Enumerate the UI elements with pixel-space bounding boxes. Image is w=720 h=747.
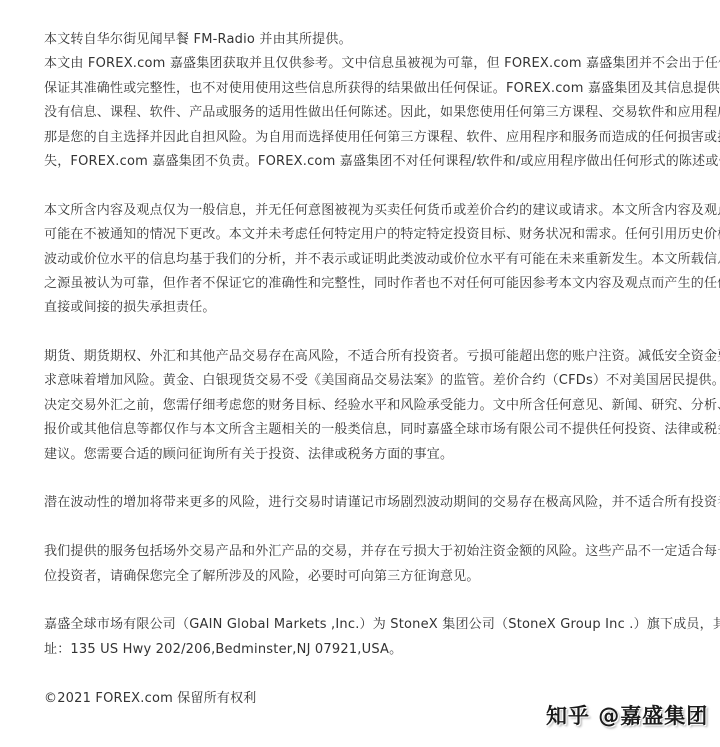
text-line: 失，FOREX.com 嘉盛集团不负责。FOREX.com 嘉盛集团不对任何课程… xyxy=(44,150,694,174)
paragraph-gap xyxy=(44,321,694,345)
text-line: 我们提供的服务包括场外交易产品和外汇产品的交易，并存在亏损大于初始注资金额的风险… xyxy=(44,540,694,564)
text-line: 保证其准确性或完整性，也不对使用使用这些信息所获得的结果做出任何保证。FOREX… xyxy=(44,77,694,101)
paragraph-services: 我们提供的服务包括场外交易产品和外汇产品的交易，并存在亏损大于初始注资金额的风险… xyxy=(44,540,694,589)
paragraph-company-address: 嘉盛全球市场有限公司（GAIN Global Markets ,Inc.）为 S… xyxy=(44,613,694,662)
text-line: 直接或间接的损失承担责任。 xyxy=(44,296,694,320)
paragraph-gap xyxy=(44,516,694,540)
text-line: 决定交易外汇之前，您需仔细考虑您的财务目标、经验水平和风险承受能力。文中所含任何… xyxy=(44,394,694,418)
paragraph-gap xyxy=(44,467,694,491)
paragraph-gap xyxy=(44,662,694,686)
text-line: 本文由 FOREX.com 嘉盛集团获取并且仅供参考。文中信息虽被视为可靠，但 … xyxy=(44,52,694,76)
disclaimer-document: 本文转自华尔街见闻早餐 FM-Radio 并由其所提供。 本文由 FOREX.c… xyxy=(44,28,694,711)
paragraph-disclaimer-reference: 本文由 FOREX.com 嘉盛集团获取并且仅供参考。文中信息虽被视为可靠，但 … xyxy=(44,52,694,174)
source-note: 本文转自华尔街见闻早餐 FM-Radio 并由其所提供。 xyxy=(44,28,694,52)
text-line: 可能在不被通知的情况下更改。本文并未考虑任何特定用户的特定特定投资目标、财务状况… xyxy=(44,223,694,247)
text-line: 位投资者，请确保您完全了解所涉及的风险，必要时可向第三方征询意见。 xyxy=(44,565,694,589)
text-line: 那是您的自主选择并因此自担风险。为自用而选择使用任何第三方课程、软件、应用程序和… xyxy=(44,126,694,150)
paragraph-risk-warning: 期货、期货期权、外汇和其他产品交易存在高风险，不适合所有投资者。亏损可能超出您的… xyxy=(44,345,694,467)
zhihu-watermark: 知乎 @嘉盛集团 xyxy=(546,700,708,730)
text-line: 波动或价位水平的信息均基于我们的分析，并不表示或证明此类波动或价位水平有可能在未… xyxy=(44,248,694,272)
text-line: 报价或其他信息等都仅作与本文所含主题相关的一般类信息，同时嘉盛全球市场有限公司不… xyxy=(44,418,694,442)
text-line: 求意味着增加风险。黄金、白银现货交易不受《美国商品交易法案》的监管。差价合约（C… xyxy=(44,369,694,393)
paragraph-general-information: 本文所含内容及观点仅为一般信息，并无任何意图被视为买卖任何货币或差价合约的建议或… xyxy=(44,199,694,321)
text-line: 期货、期货期权、外汇和其他产品交易存在高风险，不适合所有投资者。亏损可能超出您的… xyxy=(44,345,694,369)
paragraph-gap xyxy=(44,589,694,613)
text-line: 没有信息、课程、软件、产品或服务的适用性做出任何陈述。因此，如果您使用任何第三方… xyxy=(44,101,694,125)
text-line: 嘉盛全球市场有限公司（GAIN Global Markets ,Inc.）为 S… xyxy=(44,613,694,637)
paragraph-volatility: 潜在波动性的增加将带来更多的风险，进行交易时请谨记市场剧烈波动期间的交易存在极高… xyxy=(44,491,694,515)
text-line: 本文所含内容及观点仅为一般信息，并无任何意图被视为买卖任何货币或差价合约的建议或… xyxy=(44,199,694,223)
text-line: 址：135 US Hwy 202/206,Bedminster,NJ 07921… xyxy=(44,638,694,662)
text-line: 建议。您需要合适的顾问征询所有关于投资、法律或税务方面的事宜。 xyxy=(44,443,694,467)
paragraph-gap xyxy=(44,174,694,198)
text-line: 潜在波动性的增加将带来更多的风险，进行交易时请谨记市场剧烈波动期间的交易存在极高… xyxy=(44,491,694,515)
text-line: 之源虽被认为可靠，但作者不保证它的准确性和完整性，同时作者也不对任何可能因参考本… xyxy=(44,272,694,296)
